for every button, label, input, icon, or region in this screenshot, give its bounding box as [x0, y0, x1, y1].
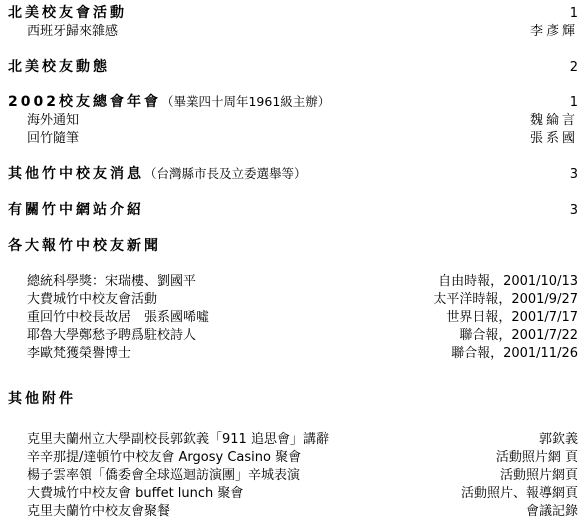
newspaper-date: 聯合報，2001/7/22 — [459, 327, 578, 345]
page-number: 2 — [570, 59, 578, 77]
toc-entry-row: 李歐梵獲榮譽博士 聯合報，2001/11/26 — [8, 345, 578, 363]
newspaper-date: 太平洋時報，2001/9/27 — [433, 291, 578, 309]
toc-entry-row: 總統科學獎：宋瑞樓、劉國平 自由時報，2001/10/13 — [8, 273, 578, 291]
entry-title: 李歐梵獲榮譽博士 — [8, 345, 131, 363]
toc-entry-row: 辛辛那提/達頓竹中校友會 Argosy Casino 聚會 活動照片網 頁 — [8, 449, 578, 467]
section-title: 北美校友會活動 — [8, 5, 127, 21]
toc-heading-row: 2002校友總會年會（畢業四十周年1961級主辦） 1 — [8, 93, 578, 112]
newspaper-date: 聯合報，2001/11/26 — [451, 345, 578, 363]
entry-title: 大費城竹中校友會活動 — [8, 291, 157, 309]
entry-title: 大費城竹中校友會 buffet lunch 聚會 — [8, 485, 243, 503]
page-number: 3 — [570, 202, 578, 220]
toc-entry-row: 大費城竹中校友會活動 太平洋時報，2001/9/27 — [8, 291, 578, 309]
page-number: 3 — [570, 166, 578, 184]
entry-title: 辛辛那提/達頓竹中校友會 Argosy Casino 聚會 — [8, 449, 301, 467]
section-title: 2002校友總會年會 — [8, 94, 161, 110]
attachment-type: 活動照片、報導網頁 — [461, 485, 578, 503]
section-subtitle: （畢業四十周年1961級主辦） — [161, 94, 330, 109]
attachment-type: 活動照片網 頁 — [496, 449, 578, 467]
entry-title: 克里夫蘭竹中校友會聚餐 — [8, 503, 170, 521]
attachment-type: 郭欽義 — [539, 431, 578, 449]
entry-title: 重回竹中校長故居 張系國唏噓 — [8, 309, 209, 327]
page-number: 1 — [570, 5, 578, 23]
toc-heading-row: 其他竹中校友消息（台灣縣市長及立委選舉等） 3 — [8, 165, 578, 184]
toc-page: 北美校友會活動 1 西班牙歸來雜感 李彥輝 北美校友動態 2 2002校友總會年… — [0, 0, 588, 525]
toc-heading-row: 北美校友會活動 1 — [8, 4, 578, 23]
toc-heading-row: 各大報竹中校友新聞 — [8, 237, 578, 256]
toc-entry-row: 回竹隨筆 張系國 — [8, 130, 578, 148]
entry-title: 耶魯大學鄭愁予聘爲駐校詩人 — [8, 327, 196, 345]
entry-author: 張系國 — [530, 130, 578, 148]
entry-title: 西班牙歸來雜感 — [8, 23, 118, 41]
section-title: 北美校友動態 — [8, 59, 110, 75]
toc-entry-row: 西班牙歸來雜感 李彥輝 — [8, 23, 578, 41]
entry-title: 楊子雲率領「僑委會全球巡迴訪演團」辛城表演 — [8, 467, 300, 485]
page-number: 1 — [570, 94, 578, 112]
entry-title: 回竹隨筆 — [8, 130, 79, 148]
entry-title: 克里夫蘭州立大學副校長郭欽義「911 追思會」講辭 — [8, 431, 329, 449]
newspaper-date: 自由時報，2001/10/13 — [438, 273, 578, 291]
newspaper-date: 世界日報，2001/7/17 — [446, 309, 578, 327]
toc-entry-row: 重回竹中校長故居 張系國唏噓 世界日報，2001/7/17 — [8, 309, 578, 327]
section-title: 其他附件 — [8, 391, 76, 407]
toc-entry-row: 楊子雲率領「僑委會全球巡迴訪演團」辛城表演 活動照片網頁 — [8, 467, 578, 485]
toc-entry-row: 大費城竹中校友會 buffet lunch 聚會 活動照片、報導網頁 — [8, 485, 578, 503]
entry-title: 總統科學獎：宋瑞樓、劉國平 — [8, 273, 196, 291]
toc-entry-row: 克里夫蘭州立大學副校長郭欽義「911 追思會」講辭 郭欽義 — [8, 431, 578, 449]
section-title: 各大報竹中校友新聞 — [8, 238, 161, 254]
toc-entry-row: 海外通知 魏綸言 — [8, 112, 578, 130]
section-title: 有關竹中網站介紹 — [8, 202, 144, 218]
toc-heading-row: 其他附件 — [8, 390, 578, 409]
section-title: 其他竹中校友消息 — [8, 166, 144, 182]
section-subtitle: （台灣縣市長及立委選舉等） — [144, 166, 307, 181]
attachment-type: 會議記錄 — [526, 503, 578, 521]
toc-entry-row: 耶魯大學鄭愁予聘爲駐校詩人 聯合報，2001/7/22 — [8, 327, 578, 345]
entry-author: 魏綸言 — [530, 112, 578, 130]
toc-heading-row: 有關竹中網站介紹 3 — [8, 201, 578, 220]
toc-heading-row: 北美校友動態 2 — [8, 58, 578, 77]
entry-author: 李彥輝 — [530, 23, 578, 41]
attachment-type: 活動照片網頁 — [500, 467, 578, 485]
entry-title: 海外通知 — [8, 112, 79, 130]
toc-entry-row: 克里夫蘭竹中校友會聚餐 會議記錄 — [8, 503, 578, 521]
